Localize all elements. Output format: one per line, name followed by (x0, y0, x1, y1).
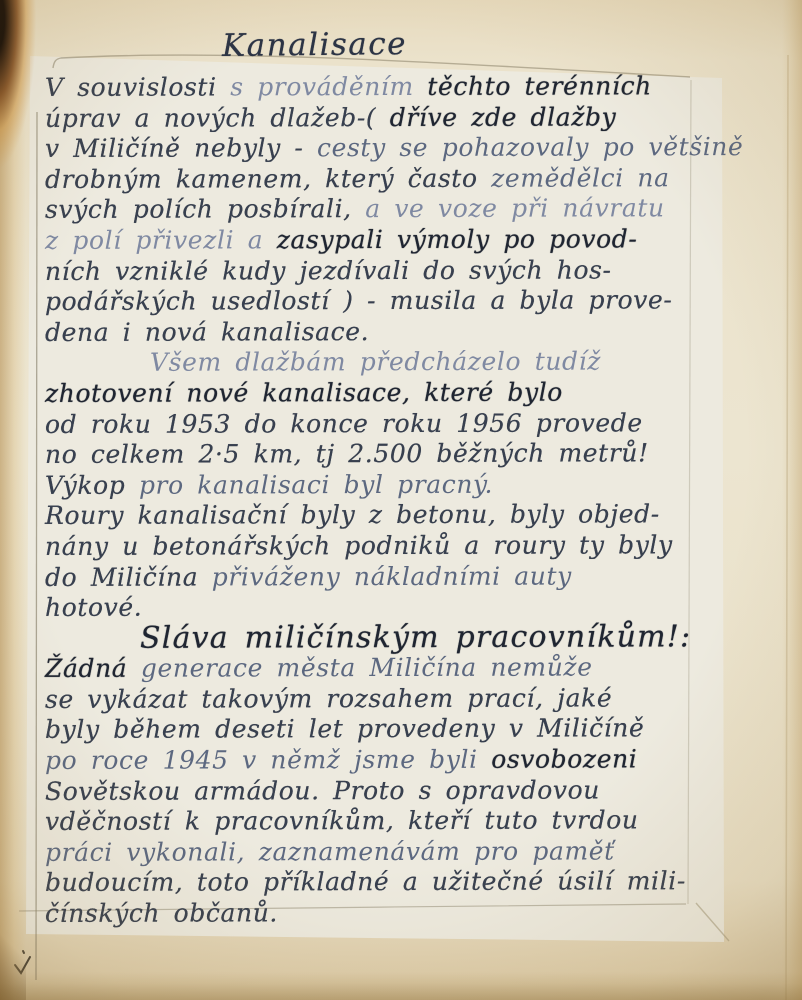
handwritten-line: svých polích posbírali, a ve voze při ná… (45, 193, 735, 225)
ink-segment: Všem dlažbám předcházelo tudíž (150, 347, 601, 377)
handwritten-line: dena i nová kanalisace. (45, 316, 735, 348)
ink-segment: a ve voze při návratu (365, 194, 665, 224)
handwritten-line: v Miličíně nebyly - cesty se pohazovaly … (45, 132, 735, 164)
ink-segment: do Miličína (45, 562, 212, 591)
ink-segment: se vykázat takovým rozsahem prací, jaké (45, 683, 612, 713)
ink-segment: drobným kamenem, který často (45, 164, 491, 194)
handwritten-line: podářských usedlostí ) - musila a byla p… (45, 285, 735, 317)
page-title: Kanalisace (222, 26, 407, 64)
ink-segment: hotové. (45, 593, 142, 622)
handwritten-line: no celkem 2·5 km, tj 2.500 běžných metrů… (45, 438, 735, 470)
ink-segment: v Miličíně nebyly - (45, 133, 317, 163)
handwritten-line: z polí přivezli a zasypali výmoly po pov… (45, 224, 735, 256)
handwritten-line: od roku 1953 do konce roku 1956 provede (45, 408, 735, 440)
ink-segment: podářských usedlostí ) - musila a byla p… (45, 285, 673, 316)
ink-segment: Žádná (45, 654, 141, 683)
handwritten-line: Výkop pro kanalisaci byl pracný. (45, 469, 735, 501)
ink-segment: nány u betonářských podniků a roury ty b… (45, 530, 673, 561)
ink-segment: cesty se pohazovaly po většině (317, 132, 743, 162)
handwritten-line: vděčností k pracovníkům, kteří tuto tvrd… (45, 805, 735, 837)
handwritten-line: Roury kanalisační byly z betonu, byly ob… (45, 499, 735, 531)
handwritten-line: ních vzniklé kudy jezdívali do svých hos… (45, 255, 735, 287)
handwritten-line: Sovětskou armádou. Proto s opravdovou (45, 775, 735, 807)
ink-segment: budoucím, toto příkladné a užitečné úsil… (45, 867, 686, 898)
ink-segment: po roce 1945 v němž jsme byli (45, 745, 491, 775)
handwritten-line: nány u betonářských podniků a roury ty b… (45, 530, 735, 562)
handwritten-line: čínských občanů. (45, 897, 735, 929)
ink-segment: zemědělci na (491, 163, 669, 192)
manuscript-text: V souvislosti s prováděním těchto terénn… (45, 72, 735, 929)
ink-segment: z polí přivezli a (45, 225, 277, 255)
ink-segment: generace města Miličína nemůže (141, 653, 593, 683)
ink-segment: od roku 1953 do konce roku 1956 provede (45, 408, 643, 439)
ink-segment: byly během deseti let provedeny v Miličí… (45, 714, 644, 745)
ink-segment: práci vykonali, zaznamenávám pro paměť (45, 836, 615, 866)
handwritten-line: se vykázat takovým rozsahem prací, jaké (45, 683, 735, 715)
ink-segment: ních vzniklé kudy jezdívali do svých hos… (45, 255, 612, 285)
handwritten-line: drobným kamenem, který často zemědělci n… (45, 163, 735, 195)
pencil-left-margin-line (36, 112, 37, 980)
ink-segment: Sláva miličínským pracovníkům!: (140, 619, 691, 655)
ink-segment: Výkop (45, 470, 139, 499)
handwritten-line: po roce 1945 v němž jsme byli osvobozeni (45, 744, 735, 776)
handwritten-line: zhotovení nové kanalisace, které bylo (45, 377, 735, 409)
handwritten-line: Sláva miličínským pracovníkům!: (140, 622, 735, 654)
ink-segment: zhotovení nové kanalisace, které bylo (45, 377, 563, 407)
ink-segment: svých polích posbírali, (45, 194, 365, 224)
handwritten-line: budoucím, toto příkladné a užitečné úsil… (45, 867, 735, 899)
ink-segment: Sovětskou armádou. Proto s opravdovou (45, 775, 600, 805)
chronicle-page-photo: Kanalisace V souvislosti s prováděním tě… (0, 0, 802, 1000)
handwritten-line: V souvislosti s prováděním těchto terénn… (45, 71, 735, 103)
handwritten-line: Všem dlažbám předcházelo tudíž (150, 347, 735, 379)
ink-segment: přiváženy nákladními auty (212, 561, 572, 591)
handwritten-line: byly během deseti let provedeny v Miličí… (45, 714, 735, 746)
handwritten-line: Žádná generace města Miličína nemůže (45, 652, 735, 684)
ink-segment: V souvislosti (45, 72, 230, 101)
handwritten-line: do Miličína přiváženy nákladními auty (45, 561, 735, 593)
ink-segment: zasypali výmoly po povod- (277, 224, 638, 254)
ink-segment: dříve zde dlažby (390, 102, 617, 132)
ink-segment: dena i nová kanalisace. (45, 317, 369, 347)
ink-segment: no celkem 2·5 km, tj 2.500 běžných metrů… (45, 438, 649, 469)
ink-segment: čínských občanů. (45, 898, 278, 928)
ink-segment: těchto terénních (427, 71, 652, 101)
ink-segment: Roury kanalisační byly z betonu, byly ob… (45, 500, 660, 531)
handwritten-line: úprav a nových dlažeb-( dříve zde dlažby (45, 102, 735, 134)
ink-segment: pro kanalisaci byl pracný. (139, 469, 493, 499)
ink-segment: osvobozeni (491, 744, 637, 773)
ink-segment: s prováděním (230, 72, 427, 102)
page-right-crease (786, 55, 789, 1000)
ink-segment: úprav a nových dlažeb-( (45, 103, 390, 133)
handwritten-line: práci vykonali, zaznamenávám pro paměť (45, 836, 735, 868)
ink-segment: vděčností k pracovníkům, kteří tuto tvrd… (45, 806, 639, 837)
corner-checkmark-icon (15, 951, 30, 973)
